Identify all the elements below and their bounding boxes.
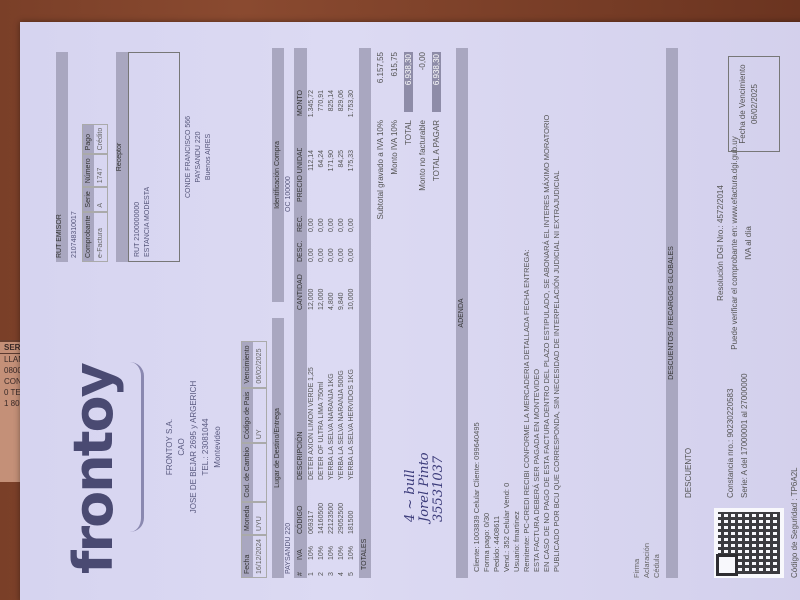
table-row: 410%29052500YERBA LA SELVA NARANJA 500G9… [337,48,347,578]
totals-bar: TOTALES [359,48,371,578]
frontoy-logo: frontoy [62,364,125,574]
purchase-bar: Identificación Compra [272,48,284,302]
total-value: 6.157,55 [376,52,385,112]
field-vencimiento: Vencimiento06/02/2025 [241,341,267,387]
total-label: Subtotal gravado a IVA 10% [376,112,385,282]
table-row: 310%22123500YERBA LA SELVA NARANJA 1KG4,… [327,48,337,578]
invoice-document: frontoy FRONTOY S.A. CAO JOSE DE BEJAR 2… [36,32,796,592]
table-row: 210%14160500DETER OF ULTRA LIMA 750ml12,… [317,48,327,578]
table-row: 510%181500YERBA LA SELVA HERVIDOS 1KG10,… [347,48,357,578]
total-row: Monto no facturable-0,00 [418,52,427,282]
purchase-value: OC 100000 [285,176,292,212]
total-row: TOTAL6.938,30 [404,52,413,282]
delivery-value: PAYSANDU 220 [285,523,292,574]
total-value: 6.938,30 [432,52,441,112]
adenda-lines: Cliente: 1003839 Celular Cliente: 099640… [468,48,566,578]
adenda-line: Pedido: 4408611 [492,54,502,572]
total-label: Monto no facturable [418,112,427,282]
discounts-block: DESCUENTOS / RECARGOS GLOBALES DESCUENTO [666,48,699,578]
due-date-value: 06/02/2025 [749,57,761,151]
due-date-label: Fecha de Vencimiento [737,57,749,151]
field-moneda: MonedaUYU [241,502,267,535]
discount-item: DESCUENTO [678,48,699,578]
security-code: Código de Seguridad : TP6A2L [790,467,799,578]
total-row: Subtotal gravado a IVA 10%6.157,55 [376,52,385,282]
receptor-rut: RUT 2100000000 [133,57,143,257]
signature-labels: Firma Aclaración Cédula [632,543,662,578]
resolution: Resolución DGI Nro.: 4572/2014 [714,78,728,408]
rut-emisor: 210748310017 [71,52,78,262]
adenda-line: PUBLICADO POR BCU QUE CORRESPONDA, SIN N… [552,54,562,572]
field-pais: Código de PaisUY [241,388,267,443]
total-row: TOTAL A PAGAR6.938,30 [432,52,441,282]
adenda-bar: ADENDA [456,48,468,578]
company-info: FRONTOY S.A. CAO JOSE DE BEJAR 2695 y AR… [164,372,224,522]
company-city: Montevideo [212,372,224,522]
receptor-box: RUT 2100000000 ESTANCIA MODESTA [128,52,180,262]
discounts-bar: DESCUENTOS / RECARGOS GLOBALES [666,48,678,578]
handwritten-note: 4 ~ bull Jorel Pinto 35531037 [404,452,446,522]
adenda-line: EN CASO DE NO PAGO DE ESTA FACTURA DENTR… [542,54,552,572]
company-phone: TEL.: 23081044 [200,372,212,522]
adenda-line: Vend.: 352 Celular Vend: 0 [502,54,512,572]
table-row: 110%069317DETER AXION LIMON VERDE 1,2512… [307,48,317,578]
adenda-block: ADENDA Cliente: 1003839 Celular Cliente:… [456,48,566,578]
total-label: TOTAL [404,112,413,282]
company-name: FRONTOY S.A. [164,372,176,522]
qr-code-icon [714,508,784,578]
company-address: JOSE DE BEJAR 2695 y ARGERICH [188,372,200,522]
adenda-line: Forma pago: 0/30 [482,54,492,572]
receptor-label: Receptor [116,52,128,262]
total-value: -0,00 [418,52,427,112]
total-value: 615,75 [390,52,399,112]
adenda-line: Usuario: fmartinez [512,54,522,572]
total-row: Monto IVA 10%615,75 [390,52,399,282]
document-type-table: Comprobantee-Factura SerieA Número1747 P… [82,52,108,262]
due-date-box: Fecha de Vencimiento 06/02/2025 [728,56,780,152]
adenda-line: ESTA FACTURA DEBERÁ SER PAGADA EN MONTEV… [532,54,542,572]
total-label: TOTAL A PAGAR [432,112,441,282]
receptor-block: Receptor RUT 2100000000 ESTANCIA MODESTA… [116,52,214,262]
adenda-line: Cliente: 1003839 Celular Cliente: 099640… [472,54,482,572]
header-fields-table: Fecha16/12/2024 MonedaUYU Cod. de Cambio… [241,341,267,578]
adenda-line: Remitente: PC-CREDI RECIBI CONFORME LA M… [522,54,532,572]
total-label: Monto IVA 10% [390,112,399,282]
items-table-body: 110%069317DETER AXION LIMON VERDE 1,2512… [307,48,357,578]
invoice-paper: frontoy FRONTOY S.A. CAO JOSE DE BEJAR 2… [20,22,800,600]
items-table: # IVA CÓDIGO DESCRIPCIÓN CANTIDAD DESC. … [294,48,357,578]
total-value: 6.938,30 [404,52,413,112]
logo-swoosh-icon [130,362,144,532]
field-fecha: Fecha16/12/2024 [241,535,267,578]
field-cambio: Cod. de Cambio [241,443,267,502]
receptor-name: ESTANCIA MODESTA [143,57,153,257]
items-table-header: # IVA CÓDIGO DESCRIPCIÓN CANTIDAD DESC. … [294,48,307,578]
document-type-block: RUT EMISOR 210748310017 Comprobantee-Fac… [56,52,108,262]
receptor-address: CONDE FRANCISCO 566 PAYSANDU 220 Buenos … [184,52,214,262]
delivery-bar: Lugar de Destino/Entrega [272,318,284,578]
rut-emisor-label: RUT EMISOR [56,52,68,262]
company-subname: CAO [176,372,188,522]
